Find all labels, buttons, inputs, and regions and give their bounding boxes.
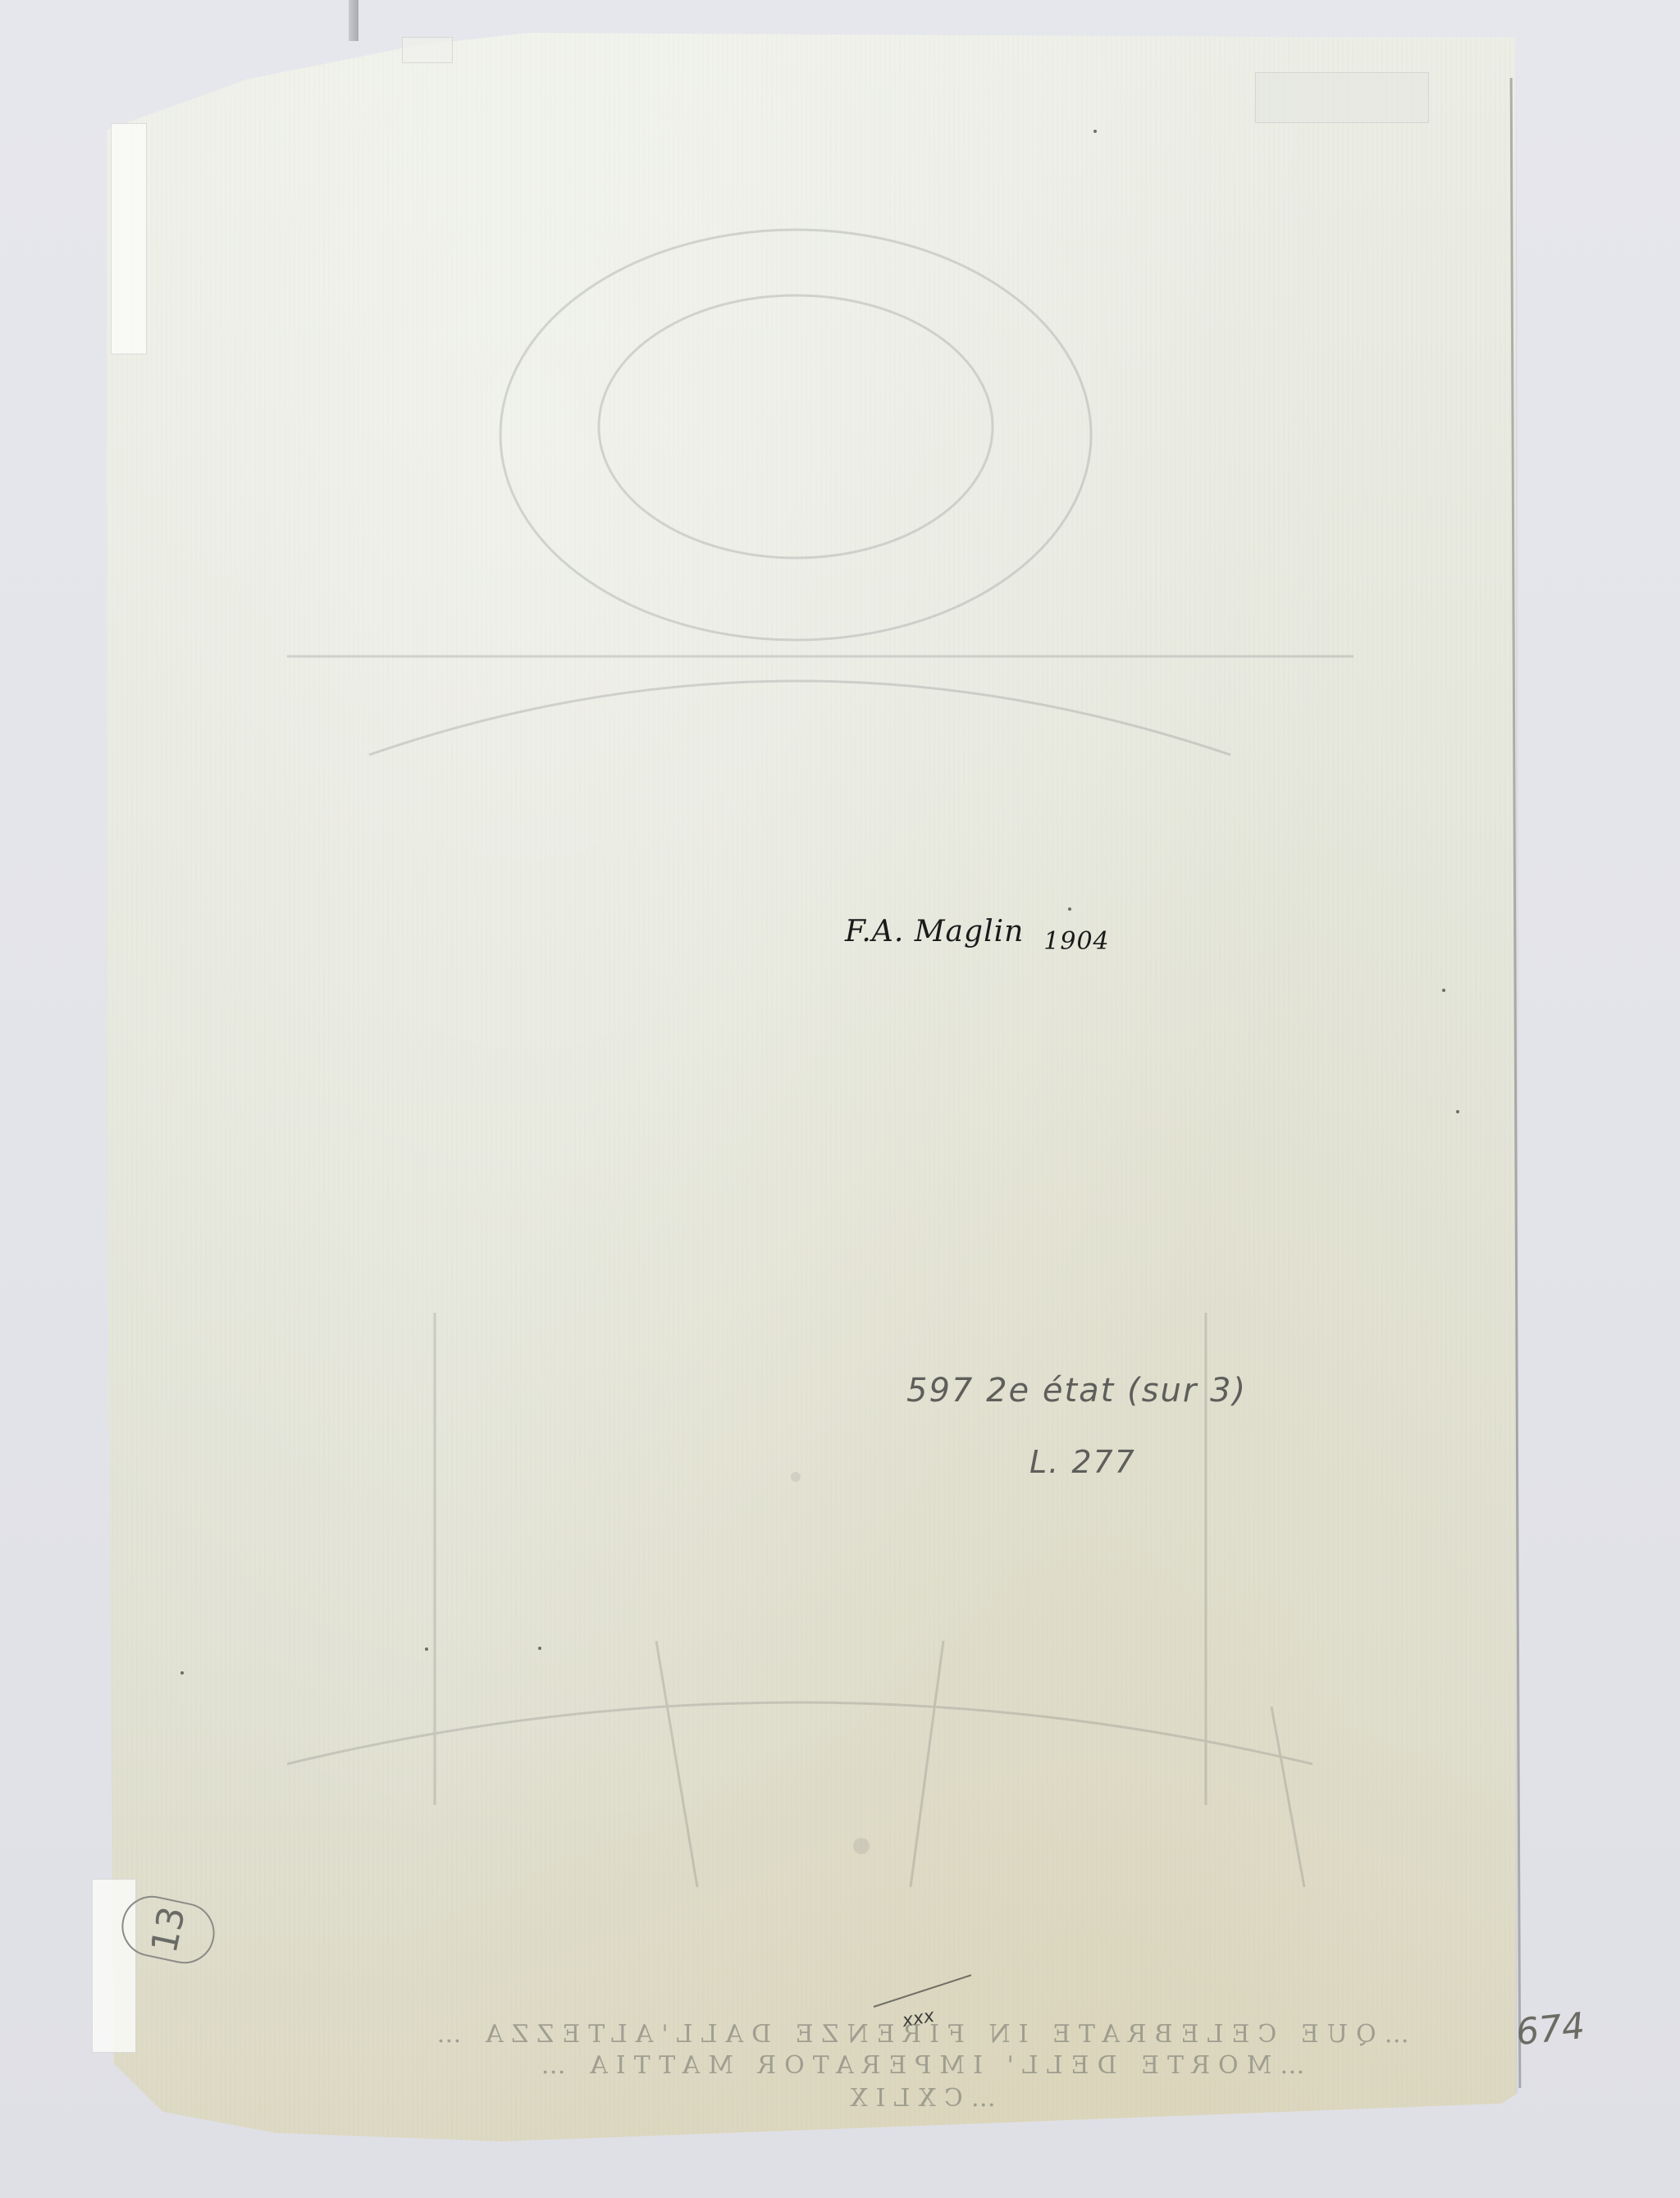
signature-name: F.A. Maglin: [845, 915, 1024, 948]
catalog-note-state: 597 2e état (sur 3): [906, 1372, 1247, 1410]
dust-speck: [180, 1671, 184, 1675]
dust-speck: [1442, 989, 1445, 992]
catalog-note-reference: L. 277: [1029, 1444, 1136, 1480]
hinge-tape-top-left: [111, 123, 147, 354]
show-through-inscription-line-2: …MORTE DELL' IMPERATOR MATTIA …: [312, 2051, 1526, 2080]
dust-speck: [1093, 130, 1097, 133]
backing-sheet: [349, 0, 358, 41]
paper-sheet: [107, 33, 1516, 2141]
dust-speck: [1456, 1110, 1459, 1113]
dust-speck: [538, 1647, 541, 1650]
show-through-inscription-line-3: …CXLIX: [312, 2084, 1526, 2113]
signature-year: 1904: [1043, 927, 1109, 956]
show-through-inscription-line-1: …QUE CELEBRATE IN FIRENZE DALL'ALTEZZA …: [312, 2020, 1526, 2049]
dust-speck: [425, 1647, 428, 1651]
hinge-tape-top-middle: [402, 37, 453, 63]
collector-signature: F.A. Maglin1904: [845, 915, 1110, 948]
dust-speck: [1068, 907, 1071, 911]
hinge-tape-top-right: [1255, 72, 1429, 123]
circled-number-text: 13: [143, 1903, 194, 1956]
